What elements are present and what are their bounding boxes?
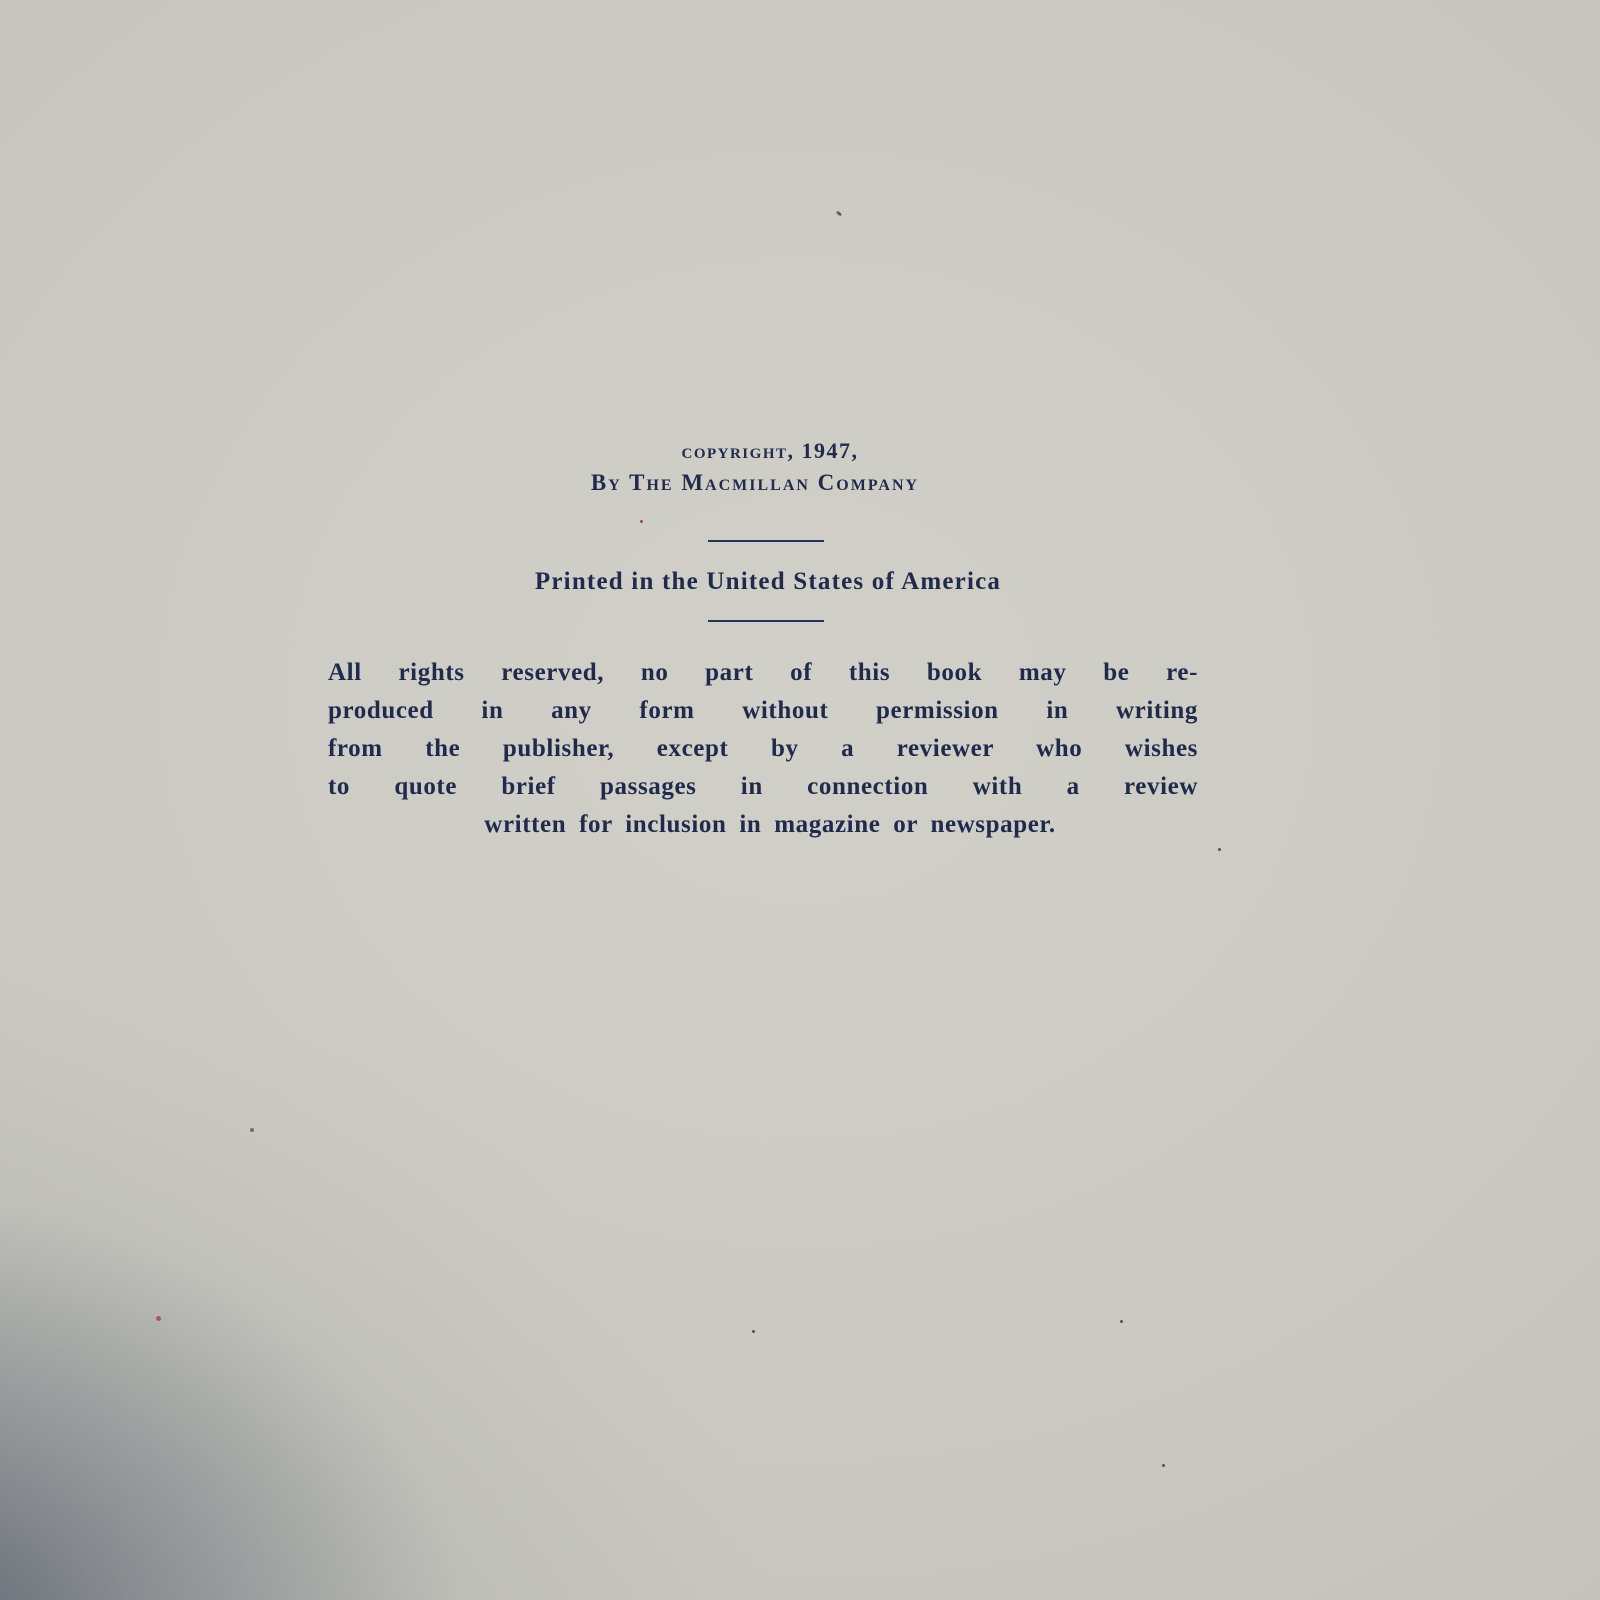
printed-in-line: Printed in the United States of America (0, 568, 1536, 596)
divider-rule (708, 620, 824, 622)
copyright-line: copyright, 1947, (0, 438, 1540, 464)
rights-line: from the publisher, except by a reviewer… (328, 730, 1198, 768)
paper-speck (836, 210, 843, 216)
rights-line: to quote brief passages in connection wi… (328, 768, 1198, 806)
paper-speck (640, 520, 643, 523)
paper-speck (1218, 848, 1221, 851)
rights-line: All rights reserved, no part of this boo… (328, 654, 1198, 692)
rights-line: produced in any form without permission … (328, 692, 1198, 730)
paper-speck (156, 1316, 161, 1321)
publisher-line: By The Macmillan Company (0, 470, 1510, 496)
divider-rule (708, 540, 824, 542)
paper-speck (1120, 1320, 1123, 1323)
book-page: copyright, 1947, By The Macmillan Compan… (0, 0, 1600, 1600)
rights-paragraph: All rights reserved, no part of this boo… (328, 654, 1198, 844)
paper-speck (1162, 1464, 1165, 1467)
paper-speck (752, 1330, 755, 1333)
paper-speck (250, 1128, 254, 1132)
rights-line: written for inclusion in magazine or new… (328, 806, 1198, 844)
